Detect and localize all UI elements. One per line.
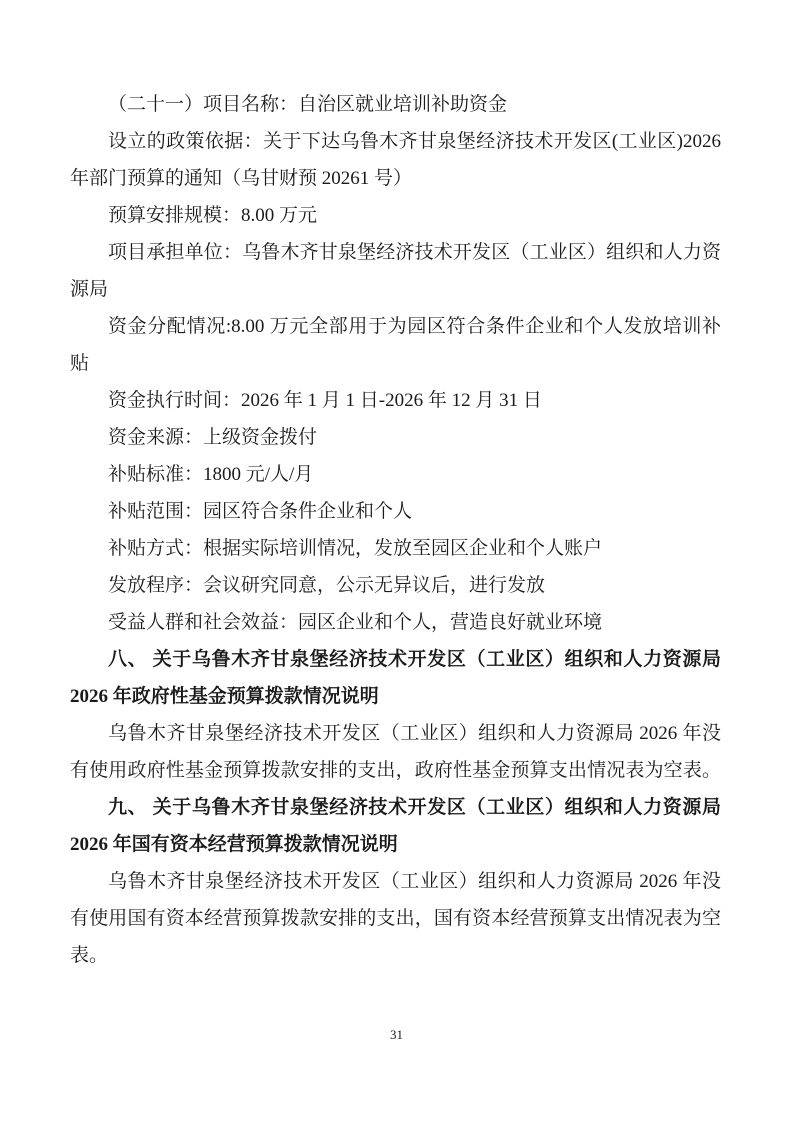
text-line: 资金执行时间：2026 年 1 月 1 日-2026 年 12 月 31 日 <box>70 382 721 419</box>
text-line: （二十一）项目名称：自治区就业培训补助资金 <box>70 86 721 123</box>
text-line: 资金来源：上级资金拨付 <box>70 419 721 456</box>
text-line: 补贴方式：根据实际培训情况，发放至园区企业和个人账户 <box>70 530 721 567</box>
text-line: 补贴范围：园区符合条件企业和个人 <box>70 493 721 530</box>
page-number: 31 <box>0 1026 793 1044</box>
text-line: 预算安排规模：8.00 万元 <box>70 197 721 234</box>
text-line: 资金分配情况:8.00 万元全部用于为园区符合条件企业和个人发放培训补 <box>70 308 721 345</box>
section-heading-line: 2026 年国有资本经营预算拨款情况说明 <box>70 826 721 863</box>
text-line: 发放程序：会议研究同意，公示无异议后，进行发放 <box>70 567 721 604</box>
text-line: 贴 <box>70 345 721 382</box>
text-line: 受益人群和社会效益：园区企业和个人，营造良好就业环境 <box>70 604 721 641</box>
text-line: 乌鲁木齐甘泉堡经济技术开发区（工业区）组织和人力资源局 2026 年没 <box>70 715 721 752</box>
text-line: 项目承担单位：乌鲁木齐甘泉堡经济技术开发区（工业区）组织和人力资 <box>70 234 721 271</box>
section-heading-line: 2026 年政府性基金预算拨款情况说明 <box>70 678 721 715</box>
document-page: （二十一）项目名称：自治区就业培训补助资金设立的政策依据：关于下达乌鲁木齐甘泉堡… <box>0 0 793 1122</box>
text-line: 乌鲁木齐甘泉堡经济技术开发区（工业区）组织和人力资源局 2026 年没 <box>70 863 721 900</box>
text-line: 表。 <box>70 937 721 974</box>
text-line: 源局 <box>70 271 721 308</box>
section-heading-line: 八、 关于乌鲁木齐甘泉堡经济技术开发区（工业区）组织和人力资源局 <box>70 641 721 678</box>
section-heading-line: 九、 关于乌鲁木齐甘泉堡经济技术开发区（工业区）组织和人力资源局 <box>70 789 721 826</box>
text-line: 有使用国有资本经营预算拨款安排的支出，国有资本经营预算支出情况表为空 <box>70 900 721 937</box>
text-line: 有使用政府性基金预算拨款安排的支出，政府性基金预算支出情况表为空表。 <box>70 752 721 789</box>
document-body: （二十一）项目名称：自治区就业培训补助资金设立的政策依据：关于下达乌鲁木齐甘泉堡… <box>70 86 721 974</box>
text-line: 年部门预算的通知（乌甘财预 20261 号） <box>70 160 721 197</box>
text-line: 补贴标准：1800 元/人/月 <box>70 456 721 493</box>
text-line: 设立的政策依据：关于下达乌鲁木齐甘泉堡经济技术开发区(工业区)2026 <box>70 123 721 160</box>
